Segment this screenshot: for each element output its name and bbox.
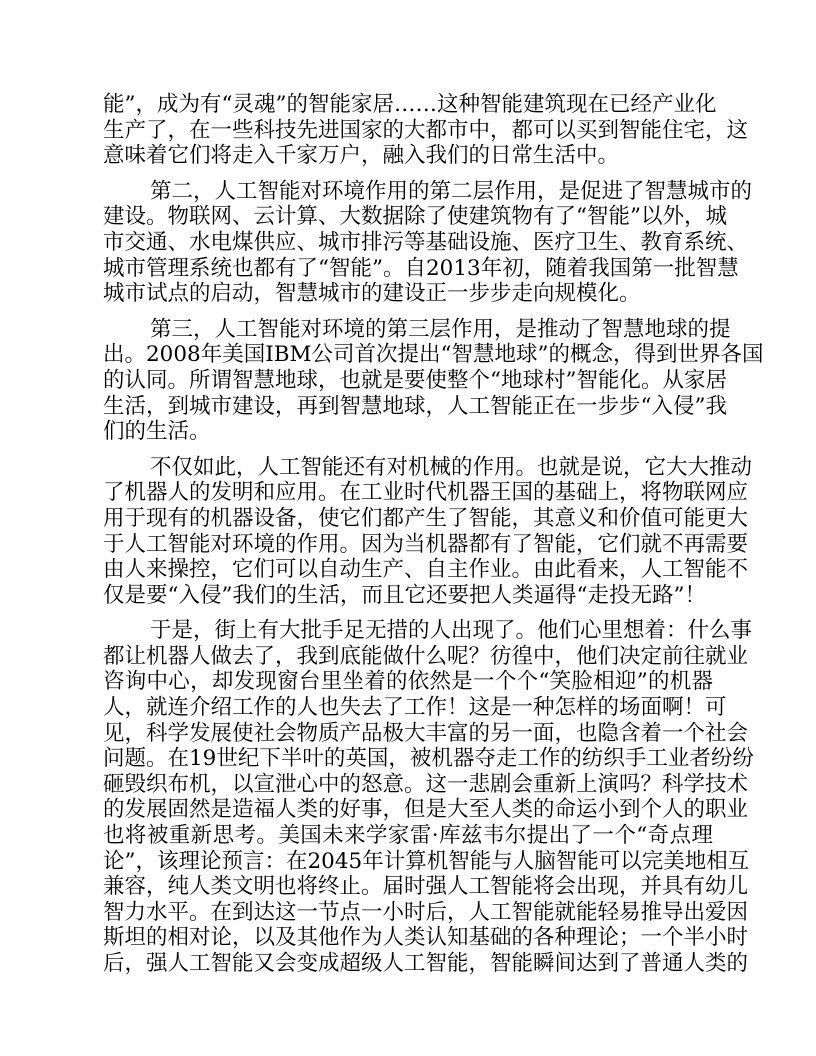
text-line: 都让机器人做去了，我到底能做什么呢？彷徨中，他们决定前往就业 (103, 644, 713, 670)
text-line: 市交通、水电煤供应、城市排污等基础设施、医疗卫生、教育系统、 (103, 230, 713, 256)
paragraph-machines: 不仅如此，人工智能还有对机械的作用。也就是说，它大大推动 了机器人的发明和应用。… (103, 455, 715, 609)
text-line: 问题。在19世纪下半叶的英国，被机器夺走工作的纺织手工业者纷纷 (103, 746, 713, 772)
paragraph-smart-planet: 第三，人工智能对环境的第三层作用，是推动了智慧地球的提 出。2008年美国IBM… (103, 317, 715, 445)
text-line: 的发展固然是造福人类的好事，但是大至人类的命运小到个人的职业 (103, 797, 713, 823)
text-line: 智力水平。在到达这一节点一小时后，人工智能就能轻易推导出爱因 (103, 900, 713, 926)
text-line: 兼容，纯人类文明也将终止。届时强人工智能将会出现，并具有幼儿 (103, 874, 713, 900)
text-line: 也将被重新思考。美国未来学家雷·库兹韦尔提出了一个“奇点理 (103, 823, 713, 849)
text-line: 的认同。所谓智慧地球，也就是要使整个“地球村”智能化。从家居 (103, 368, 713, 394)
text-line: 后，强人工智能又会变成超级人工智能，智能瞬间达到了普通人类的 (103, 951, 713, 977)
text-line: 于人工智能对环境的作用。因为当机器都有了智能，它们就不再需要 (103, 532, 713, 558)
text-line: 了机器人的发明和应用。在工业时代机器王国的基础上，将物联网应 (103, 480, 713, 506)
paragraph-smart-home: 能”，成为有“灵魂”的智能家居……这种智能建筑现在已经产业化 生产了，在一些科技… (103, 92, 715, 169)
document-page: 能”，成为有“灵魂”的智能家居……这种智能建筑现在已经产业化 生产了，在一些科技… (103, 92, 715, 987)
text-line: 生产了，在一些科技先进国家的大都市中，都可以买到智能住宅，这 (103, 118, 713, 144)
text-line: 城市管理系统也都有了“智能”。自2013年初，随着我国第一批智慧 (103, 256, 713, 282)
text-line: 出。2008年美国IBM公司首次提出“智慧地球”的概念，得到世界各国 (103, 342, 713, 368)
text-line: 城市试点的启动，智慧城市的建设正一步步走向规模化。 (103, 281, 713, 307)
text-line: 由人来操控，它们可以自动生产、自主作业。由此看来，人工智能不 (103, 557, 713, 583)
text-line: 第三，人工智能对环境的第三层作用，是推动了智慧地球的提 (103, 317, 713, 343)
text-line: 斯坦的相对论，以及其他作为人类认知基础的各种理论；一个半小时 (103, 925, 713, 951)
text-line: 第二，人工智能对环境作用的第二层作用，是促进了智慧城市的 (103, 179, 713, 205)
paragraph-singularity: 于是，街上有大批手足无措的人出现了。他们心里想着：什么事 都让机器人做去了，我到… (103, 618, 715, 976)
text-line: 咨询中心，却发现窗台里坐着的依然是一个个“笑脸相迎”的机器 (103, 669, 713, 695)
text-line: 仅是要“入侵”我们的生活，而且它还要把人类逼得“走投无路”！ (103, 583, 713, 609)
text-line: 人，就连介绍工作的人也失去了工作！这是一种怎样的场面啊！可 (103, 695, 713, 721)
text-line: 不仅如此，人工智能还有对机械的作用。也就是说，它大大推动 (103, 455, 713, 481)
text-line: 论”，该理论预言：在2045年计算机智能与人脑智能可以完美地相互 (103, 849, 713, 875)
text-line: 于是，街上有大批手足无措的人出现了。他们心里想着：什么事 (103, 618, 713, 644)
text-line: 意味着它们将走入千家万户，融入我们的日常生活中。 (103, 143, 713, 169)
text-line: 用于现有的机器设备，使它们都产生了智能，其意义和价值可能更大 (103, 506, 713, 532)
text-line: 能”，成为有“灵魂”的智能家居……这种智能建筑现在已经产业化 (103, 92, 713, 118)
text-line: 们的生活。 (103, 419, 713, 445)
text-line: 生活，到城市建设，再到智慧地球，人工智能正在一步步“入侵”我 (103, 394, 713, 420)
text-line: 砸毁织布机，以宣泄心中的怒意。这一悲剧会重新上演吗？科学技术 (103, 772, 713, 798)
text-line: 见，科学发展使社会物质产品极大丰富的另一面，也隐含着一个社会 (103, 721, 713, 747)
paragraph-smart-city: 第二，人工智能对环境作用的第二层作用，是促进了智慧城市的 建设。物联网、云计算、… (103, 179, 715, 307)
text-line: 建设。物联网、云计算、大数据除了使建筑物有了“智能”以外，城 (103, 204, 713, 230)
